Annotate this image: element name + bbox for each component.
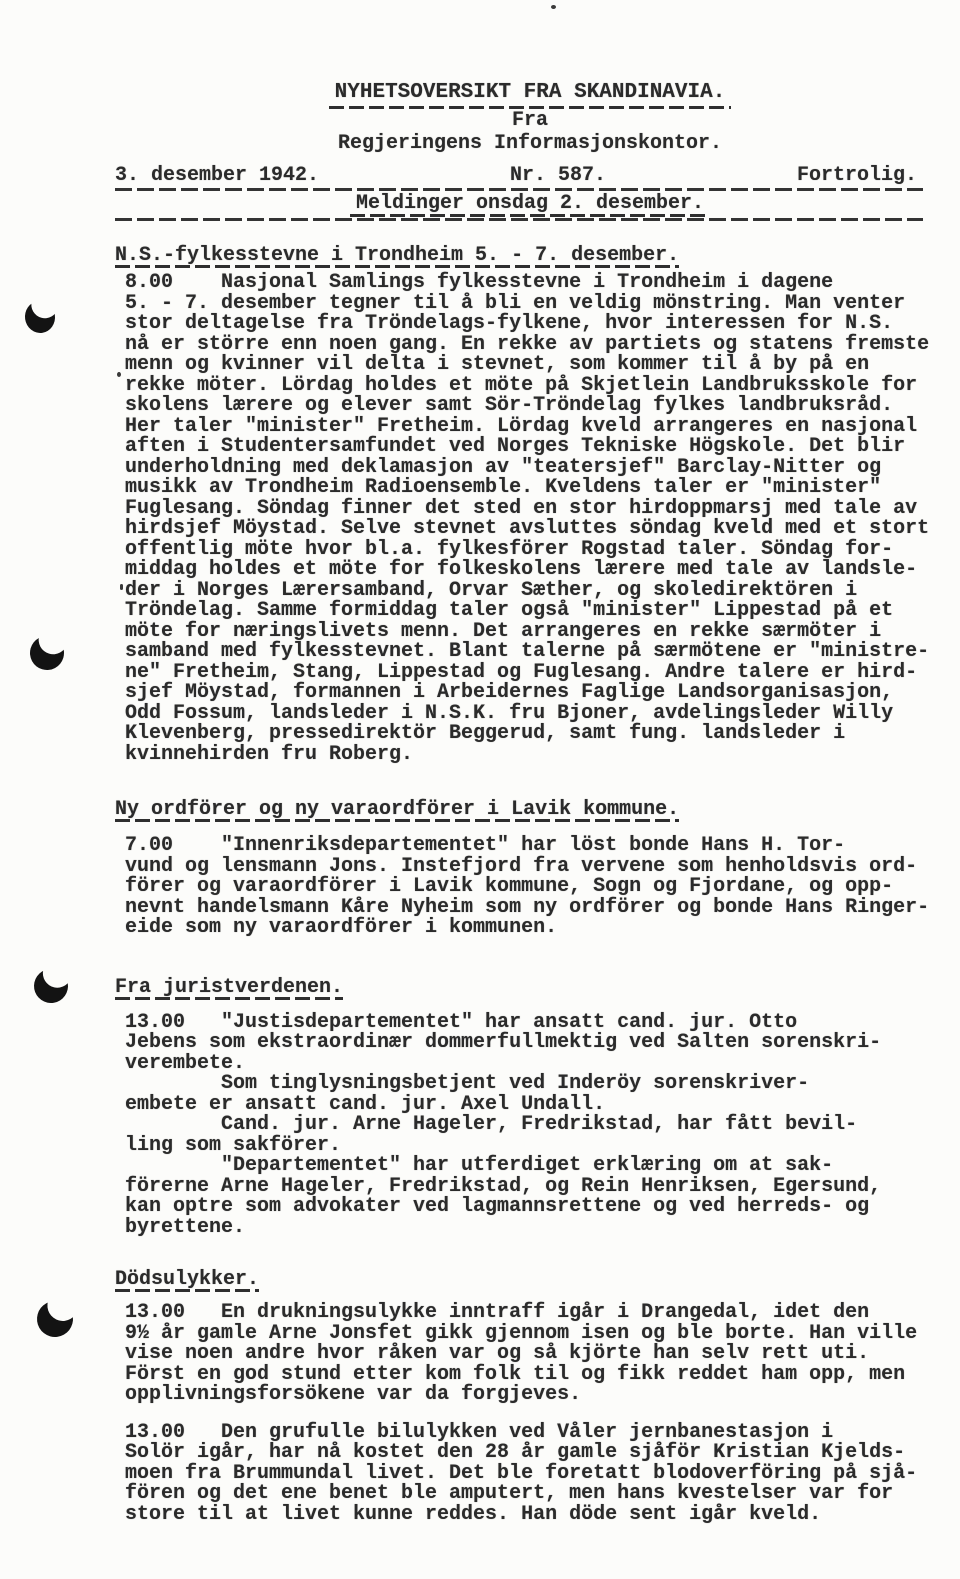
- section-heading: Fra juristverdenen.: [115, 977, 343, 1000]
- document-header: NYHETSOVERSIKT FRA SKANDINAVIA. Fra Regj…: [115, 0, 945, 221]
- ink-crescent-mark: [35, 1299, 75, 1339]
- news-paragraph: 13.00 En drukningsulykke inntraff igår i…: [125, 1303, 945, 1406]
- news-paragraph: 7.00 "Innenriksdepartementet" har löst b…: [125, 836, 945, 939]
- header-office-line: Regjeringens Informasjonskontor.: [115, 132, 945, 155]
- news-section: Dödsulykker.13.00 En drukningsulykke inn…: [115, 1269, 945, 1525]
- dashed-divider-rule: [115, 188, 923, 191]
- section-heading: N.S.-fylkesstevne i Trondheim 5. - 7. de…: [115, 245, 679, 268]
- document-sections: N.S.-fylkesstevne i Trondheim 5. - 7. de…: [115, 245, 945, 1525]
- ink-crescent-mark: [23, 299, 57, 335]
- news-paragraph: 13.00 Den grufulle bilulykken ved Våler …: [125, 1423, 945, 1526]
- section-heading: Ny ordförer og ny varaordförer i Lavik k…: [115, 799, 679, 822]
- document-issue-number: Nr. 587.: [510, 165, 606, 187]
- document-subtitle: Meldinger onsdag 2. desember.: [350, 193, 710, 217]
- news-section: N.S.-fylkesstevne i Trondheim 5. - 7. de…: [115, 245, 945, 765]
- classification-label: Fortrolig.: [797, 165, 917, 187]
- news-paragraph: 13.00 "Justisdepartementet" har ansatt c…: [125, 1013, 945, 1239]
- dashed-divider-rule: [115, 218, 923, 221]
- ink-crescent-mark: [31, 966, 70, 1005]
- document-date: 3. desember 1942.: [115, 165, 319, 187]
- news-section: Ny ordförer og ny varaordförer i Lavik k…: [115, 799, 945, 939]
- news-section: Fra juristverdenen.13.00 "Justisdepartem…: [115, 977, 945, 1239]
- ink-crescent-mark: [28, 634, 65, 671]
- news-paragraph: 8.00 Nasjonal Samlings fylkesstevne i Tr…: [125, 273, 945, 765]
- document-title: NYHETSOVERSIKT FRA SKANDINAVIA.: [329, 80, 732, 109]
- section-heading: Dödsulykker.: [115, 1269, 259, 1292]
- document-meta-row: 3. desember 1942. Nr. 587. Fortrolig.: [115, 165, 945, 187]
- header-from-line: Fra: [115, 109, 945, 132]
- scanned-document-page: NYHETSOVERSIKT FRA SKANDINAVIA. Fra Regj…: [0, 0, 960, 1579]
